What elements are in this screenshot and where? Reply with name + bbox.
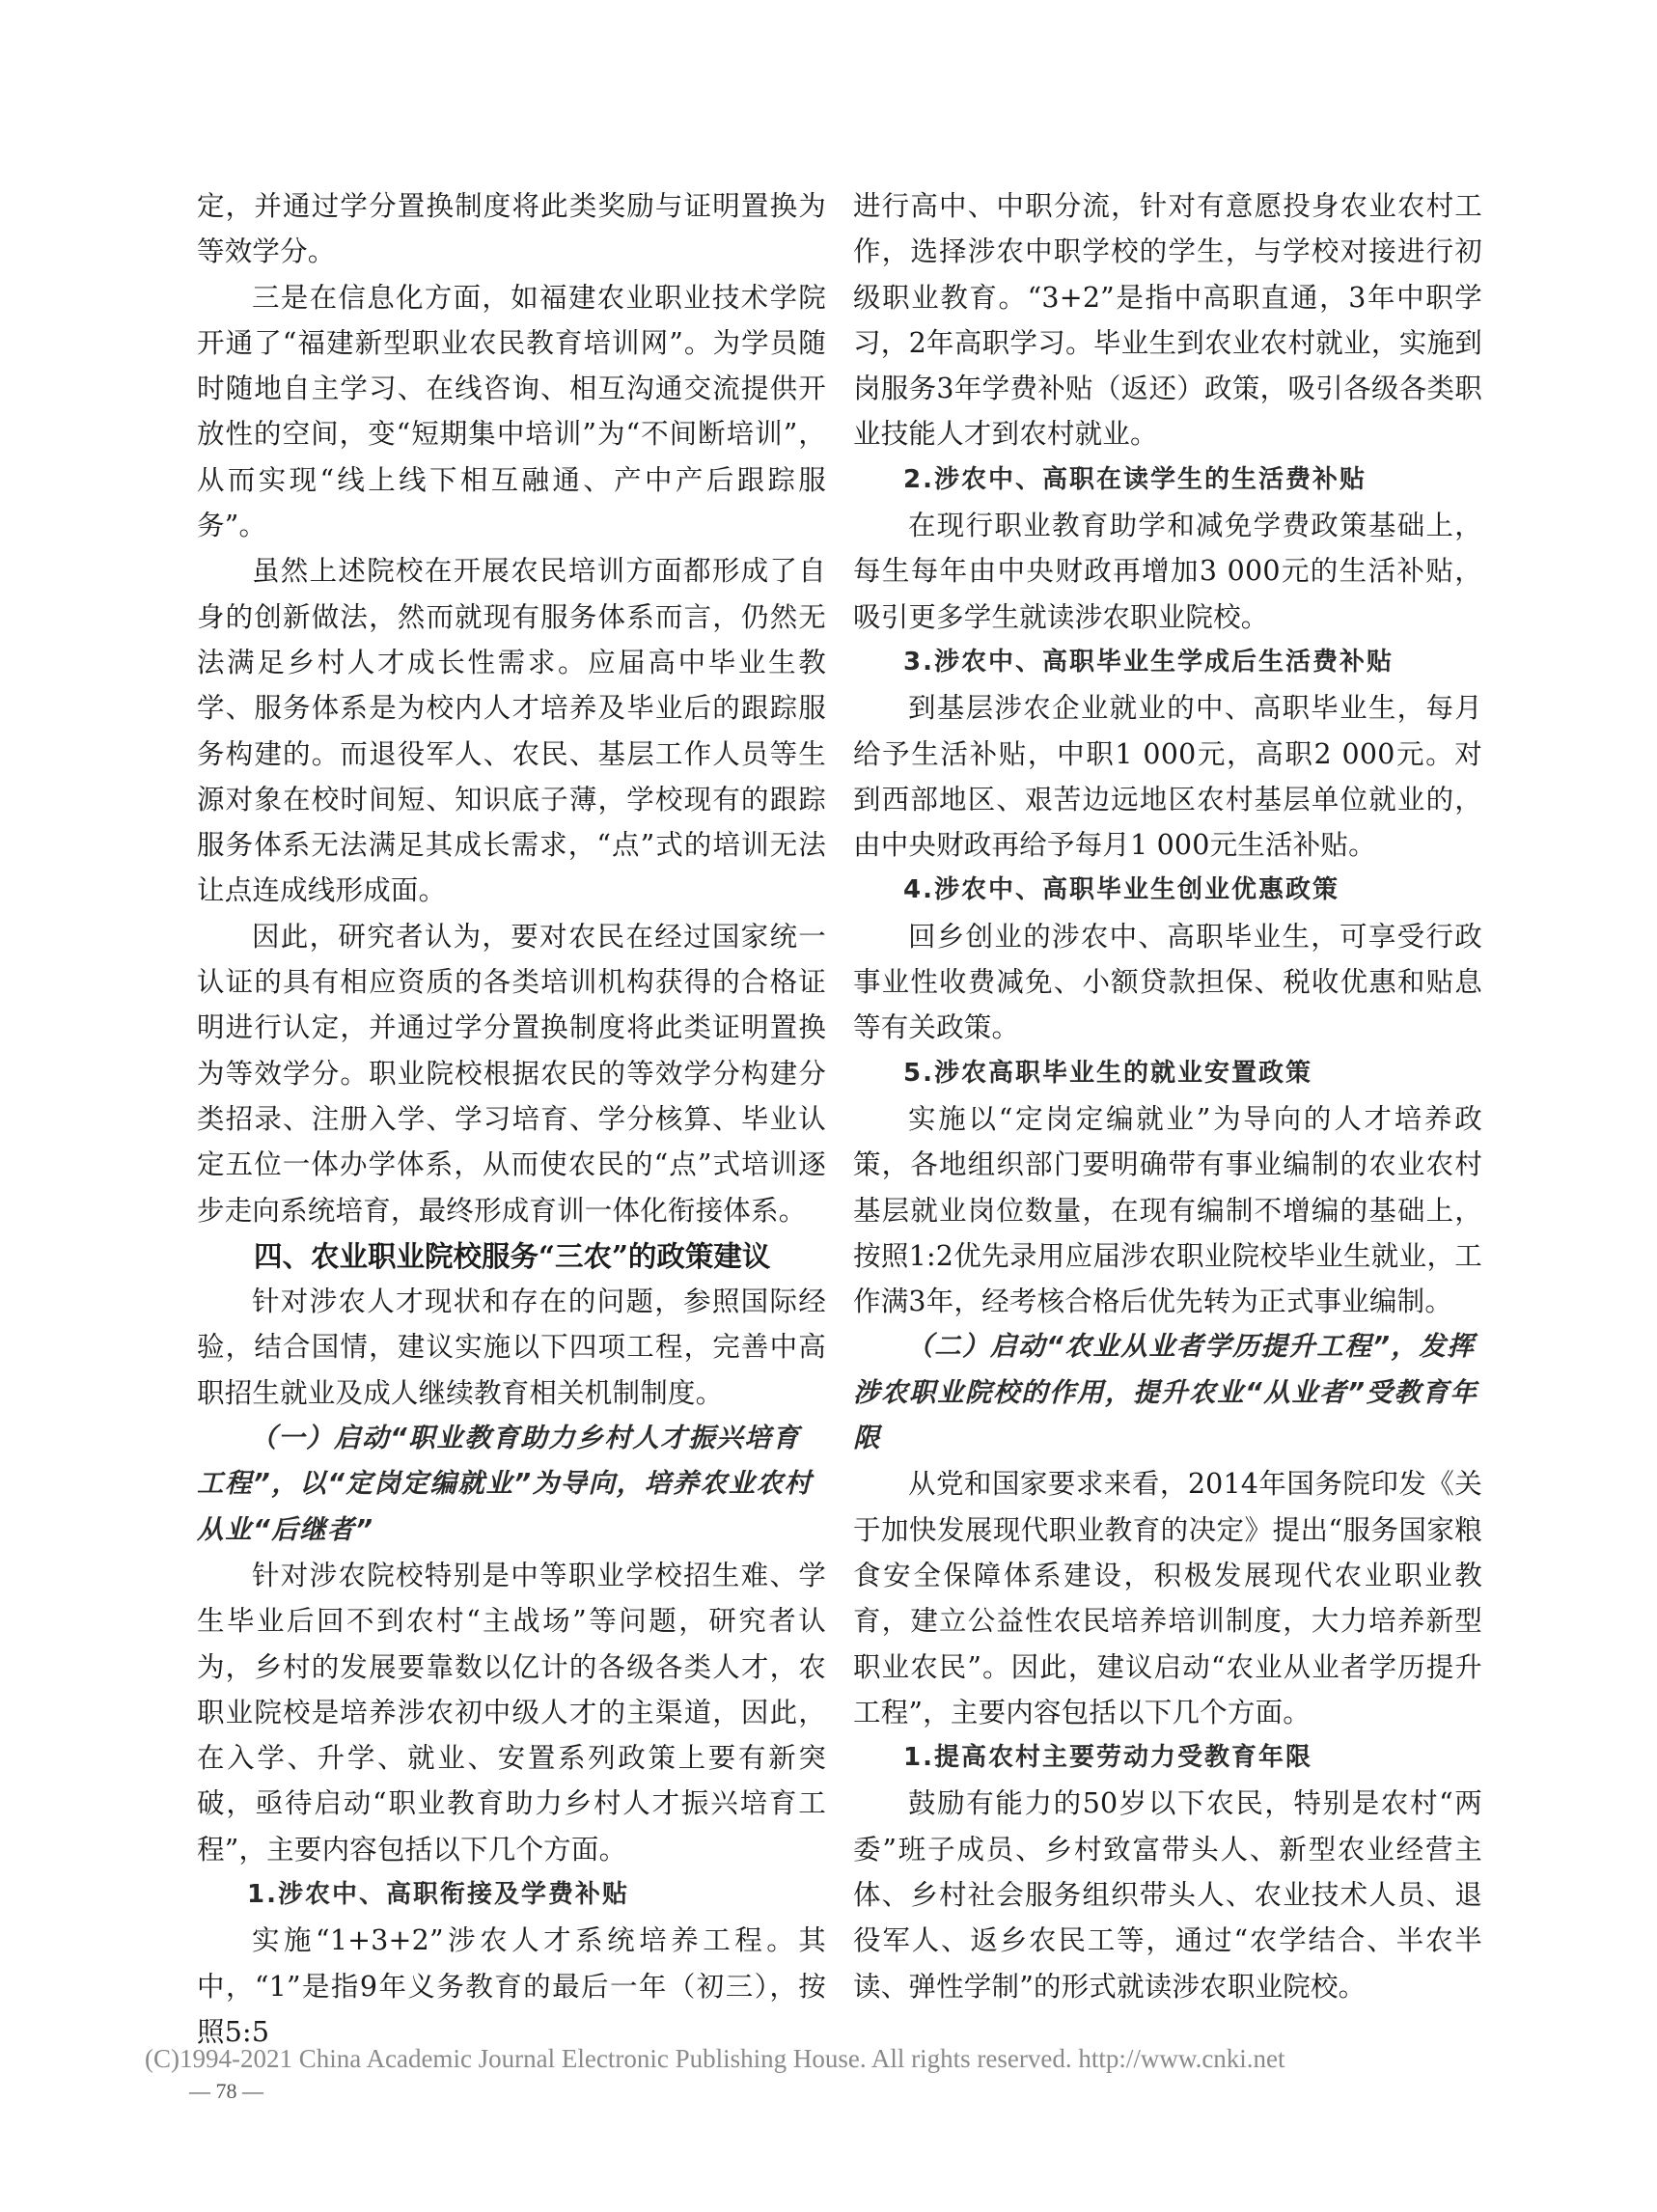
paragraph: 定，并通过学分置换制度将此类奖励与证明置换为等效学分。 bbox=[197, 183, 826, 275]
subsection-heading: （二）启动“农业从业者学历提升工程”，发挥涉农职业院校的作用，提升农业“从业者”… bbox=[853, 1324, 1482, 1461]
paragraph: 三是在信息化方面，如福建农业职业技术学院开通了“福建新型职业农民教育培训网”。为… bbox=[197, 275, 826, 549]
item-heading: 5.涉农高职毕业生的就业安置政策 bbox=[853, 1051, 1482, 1096]
paragraph: 在现行职业教育助学和减免学费政策基础上，每生每年由中央财政再增加3 000元的生… bbox=[853, 503, 1482, 640]
item-heading: 2.涉农中、高职在读学生的生活费补贴 bbox=[853, 457, 1482, 503]
paragraph: 针对涉农人才现状和存在的问题，参照国际经验，结合国情，建议实施以下四项工程，完善… bbox=[197, 1279, 826, 1416]
paragraph: 因此，研究者认为，要对农民在经过国家统一认证的具有相应资质的各类培训机构获得的合… bbox=[197, 914, 826, 1233]
paragraph: 进行高中、中职分流，针对有意愿投身农业农村工作，选择涉农中职学校的学生，与学校对… bbox=[853, 183, 1482, 457]
item-heading: 1.涉农中、高职衔接及学费补贴 bbox=[197, 1872, 826, 1918]
item-heading: 3.涉农中、高职毕业生学成后生活费补贴 bbox=[853, 640, 1482, 685]
left-column: 定，并通过学分置换制度将此类奖励与证明置换为等效学分。 三是在信息化方面，如福建… bbox=[197, 183, 826, 2055]
paragraph: 实施以“定岗定编就业”为导向的人才培养政策，各地组织部门要明确带有事业编制的农业… bbox=[853, 1096, 1482, 1324]
section-heading: 四、农业职业院校服务“三农”的政策建议 bbox=[197, 1233, 826, 1279]
item-heading: 4.涉农中、高职毕业生创业优惠政策 bbox=[853, 868, 1482, 913]
subsection-heading: （一）启动“职业教育助力乡村人才振兴培育工程”，以“定岗定编就业”为导向，培养农… bbox=[197, 1416, 826, 1553]
paragraph: 虽然上述院校在开展农民培训方面都形成了自身的创新做法，然而就现有服务体系而言，仍… bbox=[197, 548, 826, 913]
paragraph: 鼓励有能力的50岁以下农民，特别是农村“两委”班子成员、乡村致富带头人、新型农业… bbox=[853, 1781, 1482, 2008]
paragraph: 从党和国家要求来看，2014年国务院印发《关于加快发展现代职业教育的决定》提出“… bbox=[853, 1461, 1482, 1735]
page-number: — 78 — bbox=[189, 2079, 263, 2104]
paragraph: 回乡创业的涉农中、高职毕业生，可享受行政事业性收费减免、小额贷款担保、税收优惠和… bbox=[853, 914, 1482, 1051]
paragraph: 实施“1+3+2”涉农人才系统培养工程。其中，“1”是指9年义务教育的最后一年（… bbox=[197, 1918, 826, 2055]
paragraph: 到基层涉农企业就业的中、高职毕业生，每月给予生活补贴，中职1 000元，高职2 … bbox=[853, 685, 1482, 868]
paragraph: 针对涉农院校特别是中等职业学校招生难、学生毕业后回不到农村“主战场”等问题，研究… bbox=[197, 1553, 826, 1872]
copyright-notice: (C)1994-2021 China Academic Journal Elec… bbox=[145, 2044, 1285, 2074]
item-heading: 1.提高农村主要劳动力受教育年限 bbox=[853, 1735, 1482, 1781]
right-column: 进行高中、中职分流，针对有意愿投身农业农村工作，选择涉农中职学校的学生，与学校对… bbox=[853, 183, 1482, 2009]
